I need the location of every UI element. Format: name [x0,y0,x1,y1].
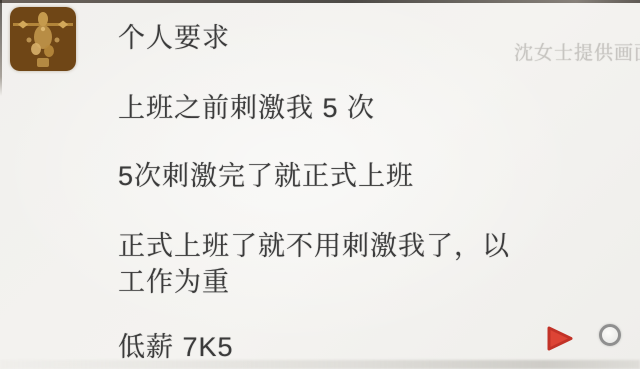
chat-message-personal-requirements: 个人要求 [118,20,230,56]
gold-figure-ornament-icon [10,7,76,71]
chat-message-before-work: 上班之前刺激我 5 次 [118,90,375,126]
video-frame: 个人要求 上班之前刺激我 5 次 5次刺激完了就正式上班 正式上班了就不用刺激我… [0,0,640,369]
chat-message-after-five-times: 5次刺激完了就正式上班 [118,158,414,194]
contact-avatar[interactable] [10,7,76,71]
video-edge-bottom [0,360,640,369]
chat-message-formal-work: 正式上班了就不用刺激我了，以工作为重 [118,228,538,300]
chat-message-line-2: 工作为重 [118,267,230,297]
circle-ring-icon[interactable] [599,324,621,346]
chat-message-line-1: 正式上班了就不用刺激我了，以 [118,231,510,261]
play-button[interactable] [546,325,574,352]
video-edge-left [0,0,2,96]
video-edge-top [0,0,640,3]
play-triangle-icon [546,340,574,355]
source-watermark: 沈女士提供画面 [514,38,640,65]
